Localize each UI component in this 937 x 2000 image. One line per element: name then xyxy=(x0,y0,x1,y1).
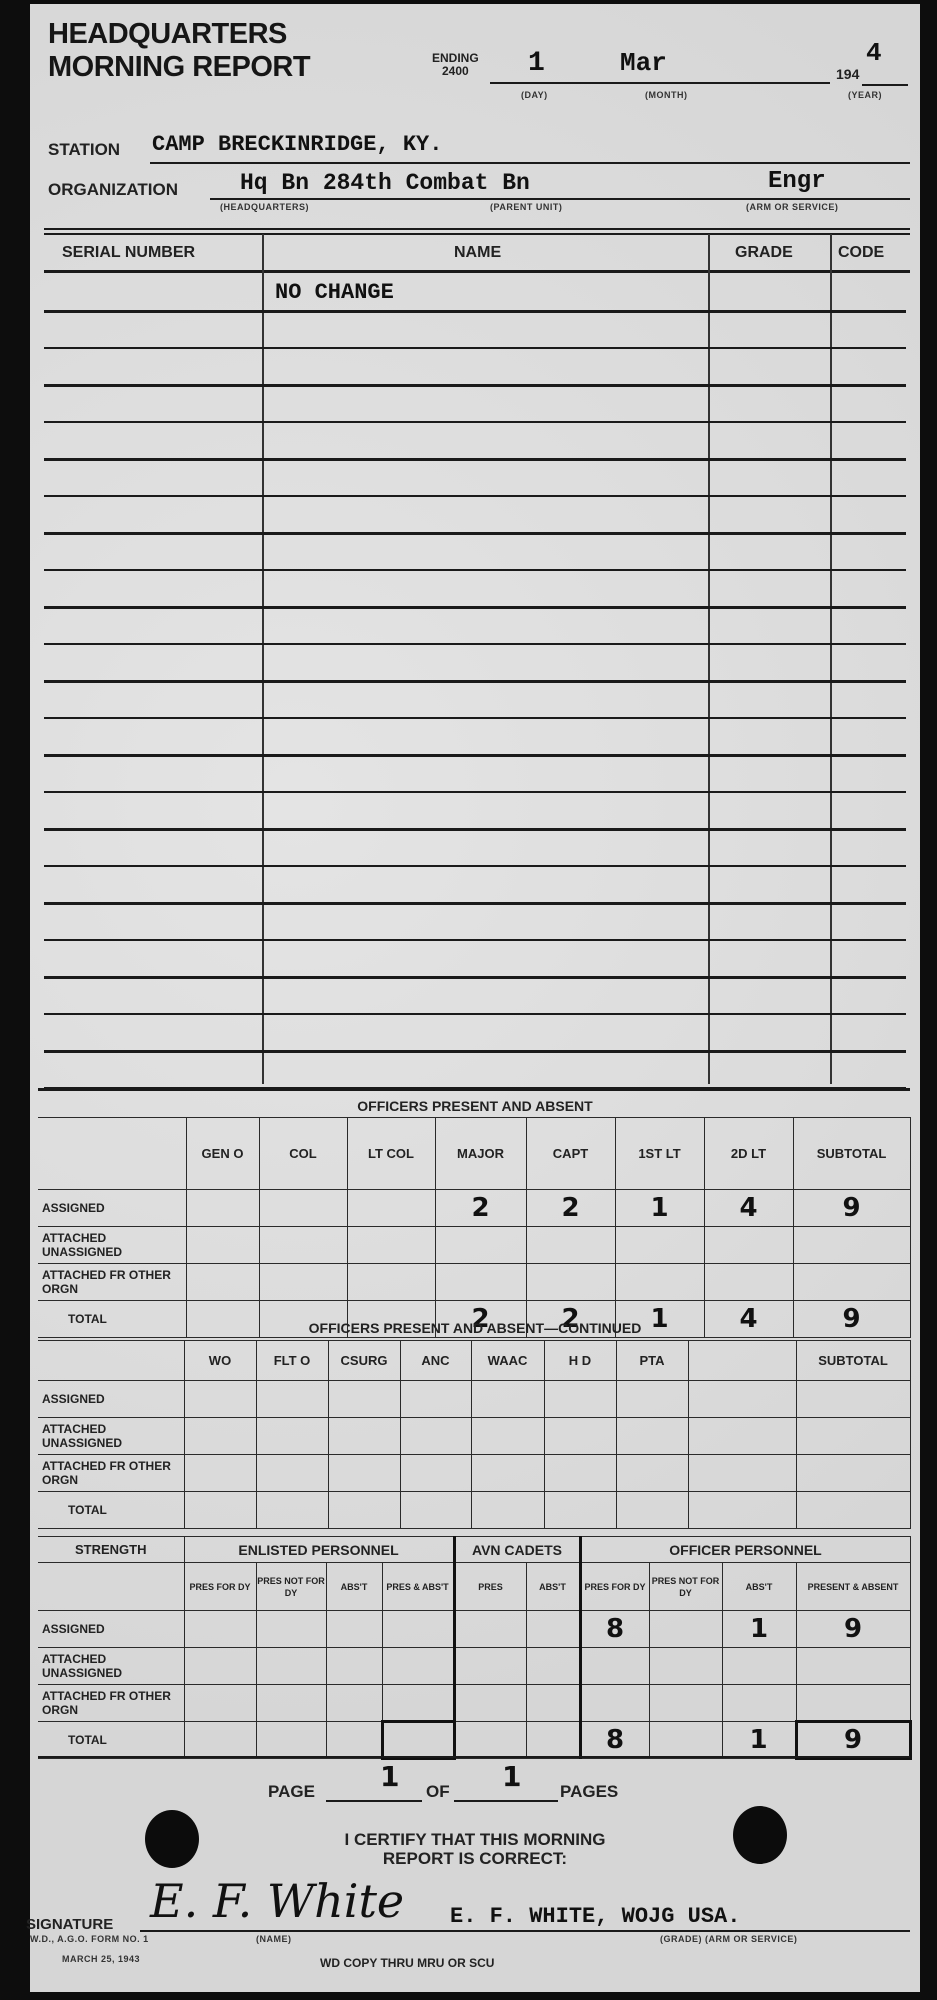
cell xyxy=(382,1648,454,1685)
cell xyxy=(796,1685,910,1722)
cell xyxy=(526,1648,580,1685)
officers-col-major: MAJOR xyxy=(435,1118,526,1190)
page-underline xyxy=(326,1800,422,1802)
of-label: OF xyxy=(426,1782,450,1802)
strength-table: STRENGTH ENLISTED PERSONNEL AVN CADETS O… xyxy=(38,1536,912,1760)
cell xyxy=(796,1418,910,1455)
officers-cont-corner xyxy=(38,1341,184,1381)
cell xyxy=(704,1227,793,1264)
officers-row-attached-fr-other: ATTACHED FR OTHER ORGN xyxy=(38,1264,910,1301)
certify-line2: REPORT IS CORRECT: xyxy=(30,1849,920,1868)
group-avn-cadets: AVN CADETS xyxy=(454,1537,580,1563)
cell xyxy=(580,1685,649,1722)
cell xyxy=(382,1611,454,1648)
col-csurg: CSURG xyxy=(328,1341,400,1381)
row-label: ATTACHED FR OTHER ORGN xyxy=(38,1685,184,1722)
officers-col-subtotal: SUBTOTAL xyxy=(793,1118,910,1190)
year-caption: (YEAR) xyxy=(848,90,882,100)
cell xyxy=(326,1611,382,1648)
cell xyxy=(616,1381,688,1418)
certification-text: I CERTIFY THAT THIS MORNING REPORT IS CO… xyxy=(30,1830,920,1868)
roster-rule xyxy=(44,1050,906,1053)
officers-cont-row-total: TOTAL xyxy=(38,1492,910,1529)
cell xyxy=(256,1722,326,1759)
cell xyxy=(722,1685,796,1722)
col-pta: PTA xyxy=(616,1341,688,1381)
roster-header-rule xyxy=(44,270,910,273)
row-label: ATTACHED UNASSIGNED xyxy=(38,1648,184,1685)
officers-col-1st-lt: 1ST LT xyxy=(615,1118,704,1190)
roster-rule xyxy=(44,1013,906,1015)
col-blank xyxy=(688,1341,796,1381)
officers-title: OFFICERS PRESENT AND ABSENT xyxy=(30,1098,920,1114)
roster-rule xyxy=(44,532,906,535)
form-title-line1: HEADQUARTERS xyxy=(48,18,310,51)
group-enlisted-personnel: ENLISTED PERSONNEL xyxy=(184,1537,454,1563)
cell xyxy=(259,1264,347,1301)
roster-rule xyxy=(44,791,906,793)
roster-rule xyxy=(44,606,906,609)
cell xyxy=(256,1492,328,1529)
report-month: Mar xyxy=(620,48,667,78)
cell: 1 xyxy=(615,1190,704,1227)
cell xyxy=(400,1492,471,1529)
cell xyxy=(184,1418,256,1455)
roster-rule xyxy=(44,828,906,831)
organization-arm: Engr xyxy=(768,168,826,195)
cell: 1 xyxy=(722,1722,796,1759)
cell: 1 xyxy=(722,1611,796,1648)
sub-cadet-pres: PRES xyxy=(454,1563,526,1611)
cell: 4 xyxy=(704,1190,793,1227)
row-label: ASSIGNED xyxy=(38,1381,184,1418)
officers-table: GEN O COL LT COL MAJOR CAPT 1ST LT 2D LT… xyxy=(38,1117,911,1338)
cell-boxed: 9 xyxy=(796,1722,910,1759)
officers-col-capt: CAPT xyxy=(526,1118,615,1190)
cell xyxy=(616,1455,688,1492)
row-label: ATTACHED FR OTHER ORGN xyxy=(38,1264,186,1301)
col-name: NAME xyxy=(454,244,501,262)
row-label: ATTACHED UNASSIGNED xyxy=(38,1418,184,1455)
cell xyxy=(256,1455,328,1492)
arm-service-caption: (ARM OR SERVICE) xyxy=(746,202,838,212)
cell xyxy=(688,1418,796,1455)
cell xyxy=(184,1611,256,1648)
cell xyxy=(688,1381,796,1418)
cell xyxy=(544,1455,616,1492)
cell xyxy=(256,1685,326,1722)
day-caption: (DAY) xyxy=(521,90,548,100)
cell xyxy=(400,1455,471,1492)
cell xyxy=(347,1264,435,1301)
strength-row-assigned: ASSIGNED 8 1 9 xyxy=(38,1611,910,1648)
officers-cont-row-attached-unassigned: ATTACHED UNASSIGNED xyxy=(38,1418,910,1455)
officers-cont-row-attached-fr-other: ATTACHED FR OTHER ORGN xyxy=(38,1455,910,1492)
signature-underline xyxy=(140,1930,910,1932)
row-label: TOTAL xyxy=(38,1722,184,1759)
sub-off-abst: ABS'T xyxy=(722,1563,796,1611)
officers-continued-table: WO FLT O CSURG ANC WAAC H D PTA SUBTOTAL… xyxy=(38,1340,911,1529)
officers-continued-title: OFFICERS PRESENT AND ABSENT—CONTINUED xyxy=(30,1320,920,1336)
sub-enl-pres-not-for-dy: PRES NOT FOR DY xyxy=(256,1563,326,1611)
cell xyxy=(347,1227,435,1264)
cell xyxy=(184,1381,256,1418)
cell xyxy=(454,1722,526,1759)
total-pages-underline xyxy=(454,1800,558,1802)
organization-underline xyxy=(210,198,910,200)
cell xyxy=(580,1648,649,1685)
cell xyxy=(259,1227,347,1264)
cell xyxy=(326,1685,382,1722)
cell xyxy=(328,1418,400,1455)
cell xyxy=(186,1264,259,1301)
roster-rule xyxy=(44,976,906,979)
cell xyxy=(793,1264,910,1301)
row-label: ATTACHED UNASSIGNED xyxy=(38,1227,186,1264)
signer-name-typed: E. F. WHITE, WOJG USA. xyxy=(450,1904,740,1929)
grade-caption: (GRADE) (ARM OR SERVICE) xyxy=(660,1934,797,1944)
sub-off-pres-for-dy: PRES FOR DY xyxy=(580,1563,649,1611)
cell xyxy=(796,1381,910,1418)
roster-top-rule-2 xyxy=(44,233,910,235)
cell xyxy=(326,1648,382,1685)
cell xyxy=(688,1492,796,1529)
col-grade: GRADE xyxy=(735,244,793,262)
cell xyxy=(615,1227,704,1264)
strength-row-attached-unassigned: ATTACHED UNASSIGNED xyxy=(38,1648,910,1685)
cell xyxy=(793,1227,910,1264)
strength-bottom-rule xyxy=(38,1756,910,1758)
cell xyxy=(526,1227,615,1264)
cell xyxy=(544,1381,616,1418)
roster-top-rule xyxy=(44,228,910,230)
cell xyxy=(526,1685,580,1722)
cell xyxy=(526,1264,615,1301)
cell xyxy=(649,1722,722,1759)
officers-corner xyxy=(38,1118,186,1190)
report-year-digit: 4 xyxy=(866,38,882,68)
ending-time: 2400 xyxy=(432,65,479,78)
cell xyxy=(382,1685,454,1722)
roster-rule xyxy=(44,458,906,461)
roster-rule xyxy=(44,717,906,719)
cell xyxy=(347,1190,435,1227)
cell xyxy=(184,1455,256,1492)
strength-row-attached-fr-other: ATTACHED FR OTHER ORGN xyxy=(38,1685,910,1722)
col-wo: WO xyxy=(184,1341,256,1381)
roster-col-divider-grade xyxy=(708,234,710,1084)
cell xyxy=(400,1418,471,1455)
col-subtotal: SUBTOTAL xyxy=(796,1341,910,1381)
roster-rule xyxy=(44,754,906,757)
cell xyxy=(796,1492,910,1529)
cell: 2 xyxy=(435,1190,526,1227)
roster-rule xyxy=(44,643,906,645)
cell xyxy=(688,1455,796,1492)
signature-label: SIGNATURE xyxy=(26,1916,113,1933)
sub-off-pres-not-for-dy: PRES NOT FOR DY xyxy=(649,1563,722,1611)
col-waac: WAAC xyxy=(471,1341,544,1381)
roster-rule xyxy=(44,865,906,867)
sub-enl-pres-for-dy: PRES FOR DY xyxy=(184,1563,256,1611)
roster-rule xyxy=(44,384,906,387)
pages-label: PAGES xyxy=(560,1782,618,1802)
cell xyxy=(526,1722,580,1759)
report-day: 1 xyxy=(528,48,545,79)
cell xyxy=(796,1648,910,1685)
officers-col-lt-col: LT COL xyxy=(347,1118,435,1190)
name-caption: (NAME) xyxy=(256,1934,292,1944)
parent-unit-caption: (PARENT UNIT) xyxy=(490,202,562,212)
cell xyxy=(259,1190,347,1227)
year-underline xyxy=(862,84,908,86)
cell xyxy=(454,1611,526,1648)
officers-col-col: COL xyxy=(259,1118,347,1190)
station-underline xyxy=(150,162,910,164)
row-label: ASSIGNED xyxy=(38,1611,184,1648)
organization-unit: Hq Bn 284th Combat Bn xyxy=(240,170,530,196)
sub-enl-abst: ABS'T xyxy=(326,1563,382,1611)
col-code: CODE xyxy=(838,244,884,262)
cell xyxy=(796,1455,910,1492)
cell xyxy=(722,1648,796,1685)
sub-enl-pres-abst: PRES & ABS'T xyxy=(382,1563,454,1611)
cell xyxy=(256,1611,326,1648)
date-underline xyxy=(490,82,830,84)
cell xyxy=(616,1418,688,1455)
certify-line1: I CERTIFY THAT THIS MORNING xyxy=(30,1830,920,1849)
cell xyxy=(544,1418,616,1455)
cell xyxy=(328,1492,400,1529)
sub-off-present-absent: PRESENT & ABSENT xyxy=(796,1563,910,1611)
cell xyxy=(400,1381,471,1418)
form-title-line2: MORNING REPORT xyxy=(48,51,310,84)
organization-label: ORGANIZATION xyxy=(48,180,178,200)
roster-rule xyxy=(44,680,906,683)
form-number: W.D., A.G.O. FORM NO. 1 xyxy=(30,1934,149,1944)
col-h-d: H D xyxy=(544,1341,616,1381)
officers-row-assigned: ASSIGNED 2 2 1 4 9 xyxy=(38,1190,910,1227)
cell xyxy=(435,1264,526,1301)
handwritten-signature: E. F. White xyxy=(150,1874,404,1928)
form-title: HEADQUARTERS MORNING REPORT xyxy=(48,18,310,84)
roster-rule xyxy=(44,939,906,941)
cell xyxy=(471,1455,544,1492)
cell xyxy=(649,1685,722,1722)
cell xyxy=(184,1685,256,1722)
strength-row-total: TOTAL 8 1 9 xyxy=(38,1722,910,1759)
row-label: ATTACHED FR OTHER ORGN xyxy=(38,1455,184,1492)
col-serial-number: SERIAL NUMBER xyxy=(62,244,195,262)
roster-col-divider-name xyxy=(262,234,264,1084)
form-date: MARCH 25, 1943 xyxy=(62,1954,140,1964)
cell xyxy=(184,1492,256,1529)
cell xyxy=(544,1492,616,1529)
roster-rule xyxy=(44,569,906,571)
strength-label: STRENGTH xyxy=(38,1537,184,1563)
col-anc: ANC xyxy=(400,1341,471,1381)
morning-report-form: HEADQUARTERS MORNING REPORT ENDING 2400 … xyxy=(30,4,920,1992)
officers-col-gen-o: GEN O xyxy=(186,1118,259,1190)
cell xyxy=(471,1492,544,1529)
cell xyxy=(615,1264,704,1301)
cell xyxy=(186,1227,259,1264)
cell xyxy=(256,1418,328,1455)
cell: 9 xyxy=(793,1190,910,1227)
cell: 2 xyxy=(526,1190,615,1227)
year-prefix: 194 xyxy=(836,66,859,82)
ending-label: ENDING 2400 xyxy=(432,52,479,78)
cell xyxy=(616,1492,688,1529)
cell xyxy=(184,1648,256,1685)
officers-row-attached-unassigned: ATTACHED UNASSIGNED xyxy=(38,1227,910,1264)
total-pages: 1 xyxy=(502,1760,521,1793)
cell xyxy=(471,1418,544,1455)
roster-rule xyxy=(44,421,906,423)
roster-rule xyxy=(44,902,906,905)
col-flt-o: FLT O xyxy=(256,1341,328,1381)
page-number: 1 xyxy=(380,1760,399,1793)
cell xyxy=(454,1648,526,1685)
cell xyxy=(256,1648,326,1685)
officers-top-rule xyxy=(38,1088,910,1091)
roster-entry-name: NO CHANGE xyxy=(275,280,394,305)
cell xyxy=(471,1381,544,1418)
strength-corner xyxy=(38,1563,184,1611)
routing-note: WD COPY THRU MRU OR SCU xyxy=(320,1956,494,1970)
cell xyxy=(186,1190,259,1227)
roster-rule xyxy=(44,347,906,349)
group-officer-personnel: OFFICER PERSONNEL xyxy=(580,1537,910,1563)
cell xyxy=(649,1648,722,1685)
cell: 9 xyxy=(796,1611,910,1648)
headquarters-caption: (HEADQUARTERS) xyxy=(220,202,309,212)
roster-rule xyxy=(44,495,906,497)
cell-boxed xyxy=(382,1722,454,1759)
cell xyxy=(435,1227,526,1264)
cell xyxy=(256,1381,328,1418)
officers-cont-row-assigned: ASSIGNED xyxy=(38,1381,910,1418)
month-caption: (MONTH) xyxy=(645,90,688,100)
page-label: PAGE xyxy=(268,1782,315,1802)
cell xyxy=(326,1722,382,1759)
cell: 8 xyxy=(580,1722,649,1759)
cell xyxy=(328,1455,400,1492)
cell xyxy=(526,1611,580,1648)
roster-col-divider-code xyxy=(830,234,832,1084)
station-label: STATION xyxy=(48,140,120,160)
sub-cadet-abst: ABS'T xyxy=(526,1563,580,1611)
cell xyxy=(328,1381,400,1418)
officers-col-2d-lt: 2D LT xyxy=(704,1118,793,1190)
station-value: CAMP BRECKINRIDGE, KY. xyxy=(152,132,442,157)
row-label: TOTAL xyxy=(38,1492,184,1529)
cell xyxy=(704,1264,793,1301)
cell: 8 xyxy=(580,1611,649,1648)
cell xyxy=(454,1685,526,1722)
row-label: ASSIGNED xyxy=(38,1190,186,1227)
cell xyxy=(649,1611,722,1648)
cell xyxy=(184,1722,256,1759)
roster-rule xyxy=(44,310,906,313)
